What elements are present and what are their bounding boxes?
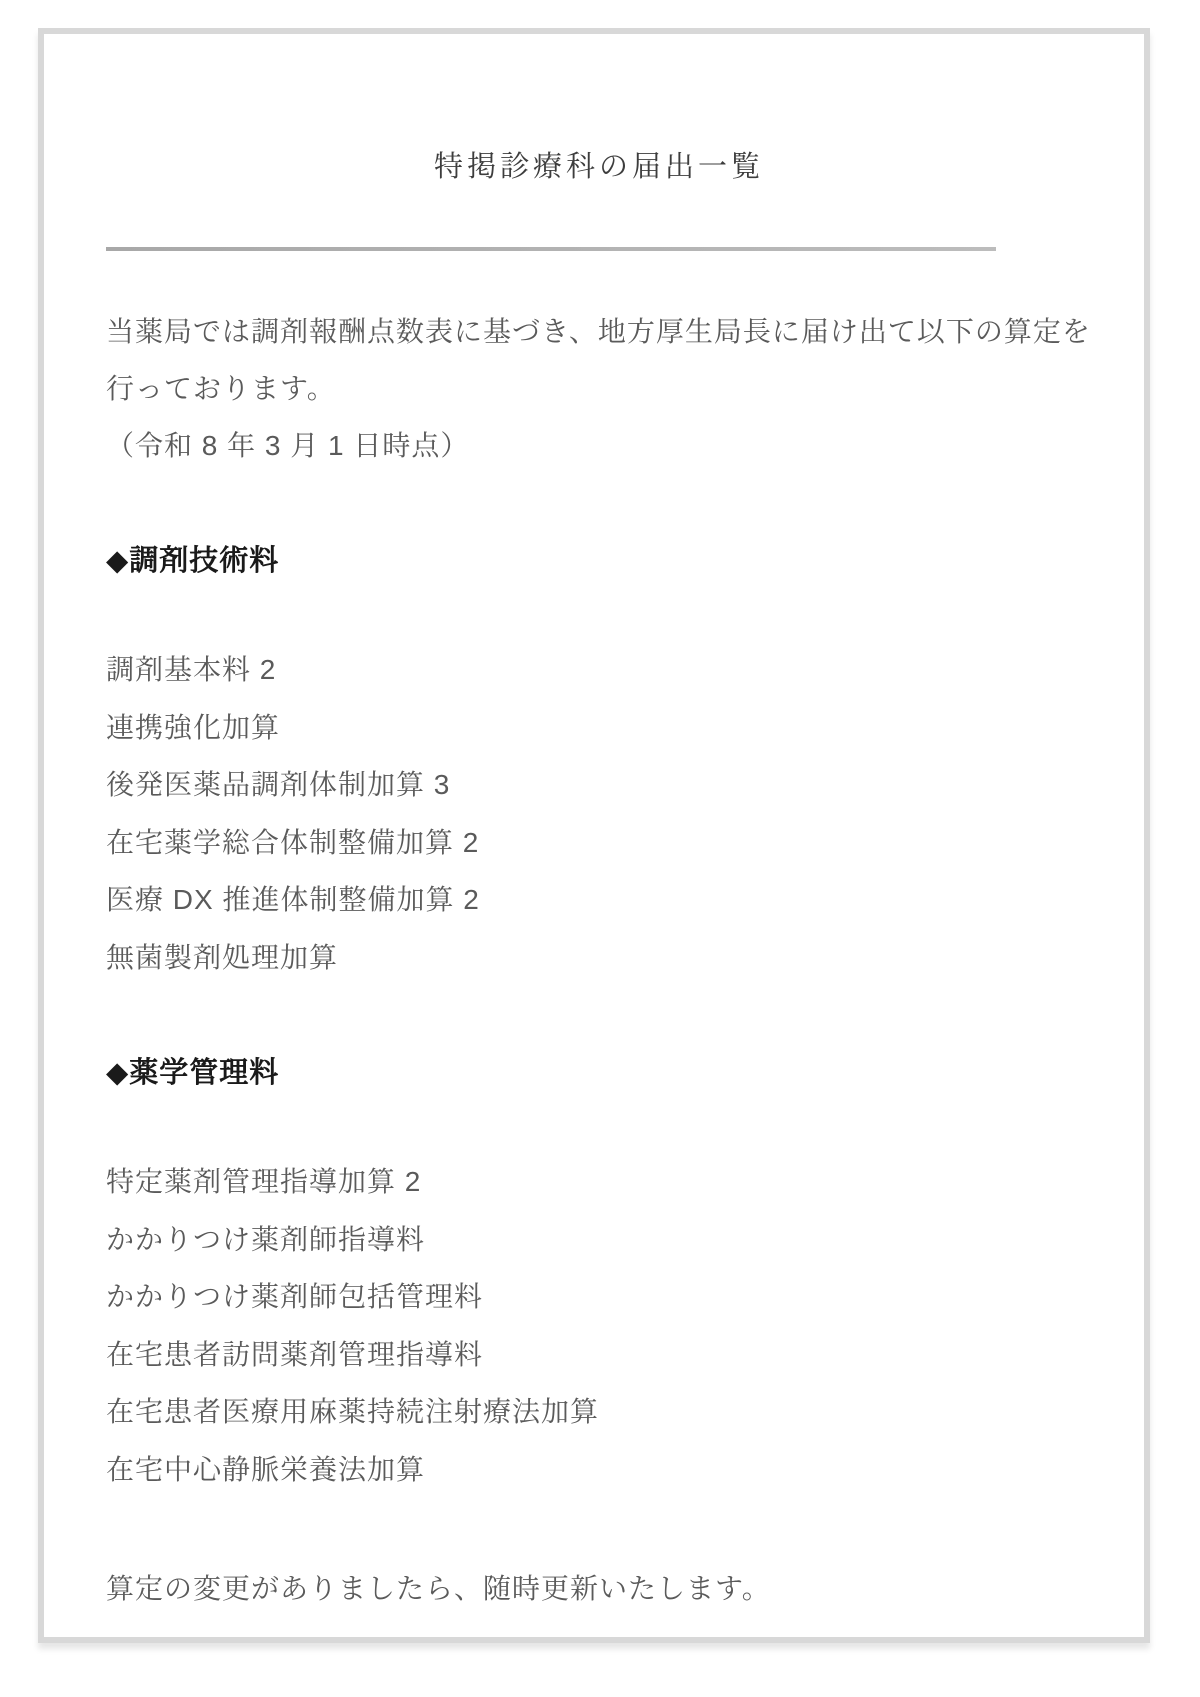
list-item: 在宅薬学総合体制整備加算 2 bbox=[106, 814, 1092, 872]
dispensing-fee-list: 調剤基本料 2 連携強化加算 後発医薬品調剤体制加算 3 在宅薬学総合体制整備加… bbox=[106, 641, 1092, 986]
update-notice-text: 算定の変更がありましたら、随時更新いたします。 bbox=[106, 1560, 1092, 1617]
list-item: 医療 DX 推進体制整備加算 2 bbox=[106, 871, 1092, 929]
page-title: 特掲診療科の届出一覧 bbox=[106, 144, 1092, 185]
list-item: 調剤基本料 2 bbox=[106, 641, 1092, 699]
document-page: 特掲診療科の届出一覧 当薬局では調剤報酬点数表に基づき、地方厚生局長に届け出て以… bbox=[0, 0, 1200, 1697]
page-frame: 特掲診療科の届出一覧 当薬局では調剤報酬点数表に基づき、地方厚生局長に届け出て以… bbox=[38, 28, 1150, 1643]
as-of-date-text: （令和 8 年 3 月 1 日時点） bbox=[106, 417, 1092, 474]
section-heading-dispensing-fees: ◆調剤技術料 bbox=[106, 538, 1092, 579]
title-divider bbox=[106, 247, 996, 251]
list-item: 特定薬剤管理指導加算 2 bbox=[106, 1153, 1092, 1211]
list-item: 在宅中心静脈栄養法加算 bbox=[106, 1441, 1092, 1499]
list-item: 在宅患者医療用麻薬持続注射療法加算 bbox=[106, 1383, 1092, 1441]
list-item: かかりつけ薬剤師包括管理料 bbox=[106, 1268, 1092, 1326]
list-item: 無菌製剤処理加算 bbox=[106, 929, 1092, 987]
list-item: 連携強化加算 bbox=[106, 699, 1092, 757]
list-item: かかりつけ薬剤師指導料 bbox=[106, 1211, 1092, 1269]
list-item: 在宅患者訪問薬剤管理指導料 bbox=[106, 1326, 1092, 1384]
pharmaceutical-management-fee-list: 特定薬剤管理指導加算 2 かかりつけ薬剤師指導料 かかりつけ薬剤師包括管理料 在… bbox=[106, 1153, 1092, 1498]
page-content: 特掲診療科の届出一覧 当薬局では調剤報酬点数表に基づき、地方厚生局長に届け出て以… bbox=[44, 34, 1144, 1617]
intro-paragraph: 当薬局では調剤報酬点数表に基づき、地方厚生局長に届け出て以下の算定を行っておりま… bbox=[106, 303, 1092, 474]
section-heading-pharmaceutical-management-fees: ◆薬学管理料 bbox=[106, 1050, 1092, 1091]
list-item: 後発医薬品調剤体制加算 3 bbox=[106, 756, 1092, 814]
intro-body-text: 当薬局では調剤報酬点数表に基づき、地方厚生局長に届け出て以下の算定を行っておりま… bbox=[106, 316, 1091, 404]
